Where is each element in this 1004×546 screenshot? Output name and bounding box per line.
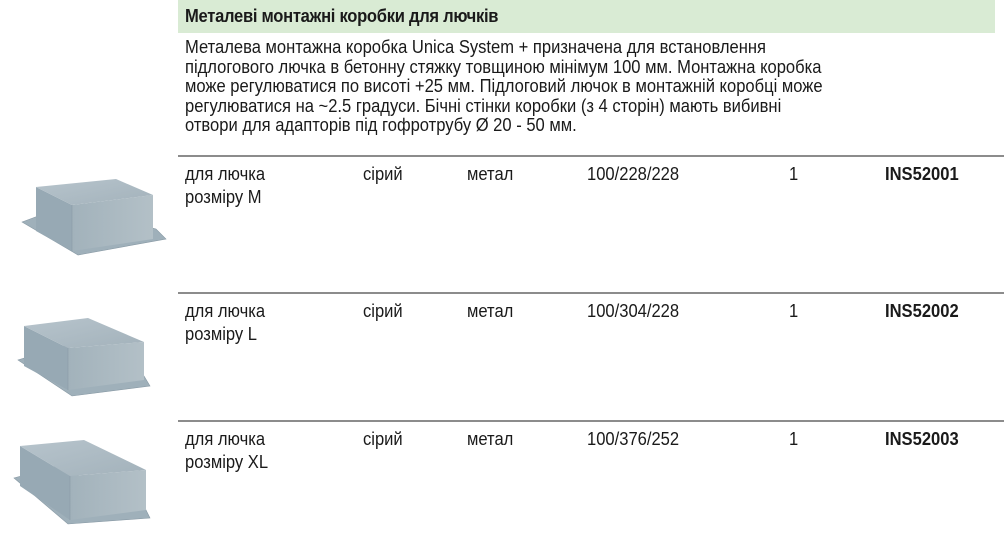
row-divider: [178, 292, 1004, 294]
product-color: сірий: [363, 300, 403, 323]
row-divider: [178, 420, 1004, 422]
product-quantity: 1: [789, 163, 798, 186]
product-quantity: 1: [789, 428, 798, 451]
product-quantity: 1: [789, 300, 798, 323]
product-dimensions: 100/228/228: [587, 163, 679, 186]
product-material: метал: [467, 428, 513, 451]
section-title: Металеві монтажні коробки для лючків: [185, 6, 498, 27]
product-material: метал: [467, 300, 513, 323]
product-dimensions: 100/376/252: [587, 428, 679, 451]
product-dimensions: 100/304/228: [587, 300, 679, 323]
metal-box-XL-icon: [8, 438, 176, 546]
product-row: для лючка розміру XL сірий метал 100/376…: [0, 420, 1004, 546]
product-code: INS52003: [885, 428, 959, 451]
row-divider: [178, 155, 1004, 157]
product-code: INS52002: [885, 300, 959, 323]
product-code: INS52001: [885, 163, 959, 186]
product-material: метал: [467, 163, 513, 186]
section-header: Металеві монтажні коробки для лючків: [178, 0, 995, 33]
metal-box-M-icon: [8, 167, 176, 277]
product-row: для лючка розміру L сірий метал 100/304/…: [0, 292, 1004, 422]
product-description: для лючка розміру L: [185, 300, 265, 346]
metal-box-L-icon: [8, 310, 176, 420]
product-description: для лючка розміру M: [185, 163, 265, 209]
product-color: сірий: [363, 163, 403, 186]
product-row: для лючка розміру M сірий метал 100/228/…: [0, 155, 1004, 285]
product-color: сірий: [363, 428, 403, 451]
section-description: Металева монтажна коробка Unica System +…: [185, 38, 935, 136]
product-description: для лючка розміру XL: [185, 428, 268, 474]
